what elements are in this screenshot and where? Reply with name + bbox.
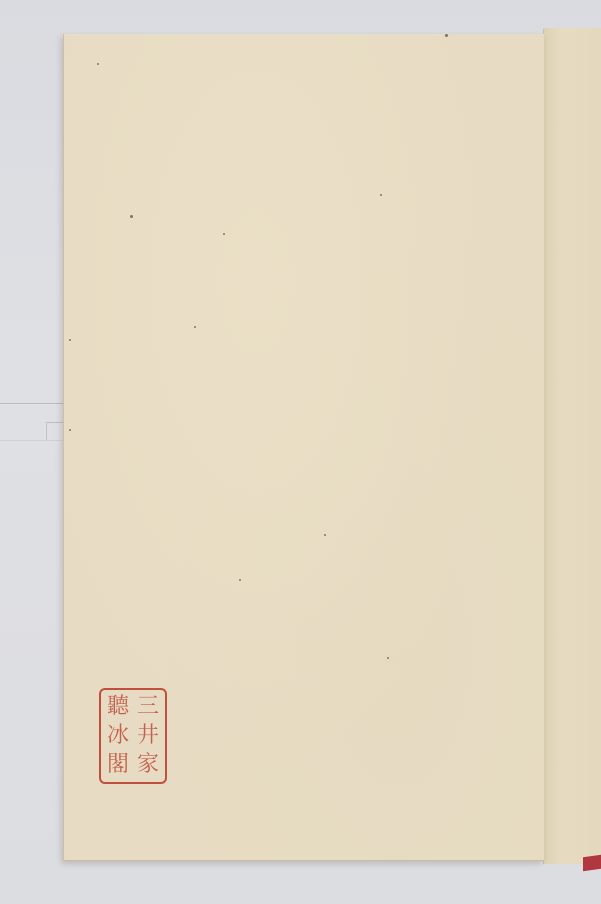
- speck: [223, 233, 225, 235]
- speck: [239, 579, 241, 581]
- seal-char: 三: [133, 693, 163, 722]
- speck: [324, 534, 326, 536]
- seal-char: 井: [133, 722, 163, 751]
- speck: [130, 215, 133, 218]
- speck: [380, 194, 382, 196]
- speck: [445, 34, 448, 37]
- red-cover-edge: [583, 855, 601, 872]
- speck: [69, 339, 71, 341]
- seal-char: 家: [133, 750, 163, 779]
- backdrop-paper-edges: [0, 400, 64, 450]
- speck: [194, 326, 196, 328]
- speck: [97, 63, 99, 65]
- speck: [69, 429, 71, 431]
- facing-page-edge: [543, 28, 601, 864]
- seal-char: 冰: [103, 722, 133, 751]
- speck: [387, 657, 389, 659]
- seal-char: 聽: [103, 693, 133, 722]
- red-seal-stamp: 三 井 家 聽 冰 閣: [99, 688, 167, 784]
- seal-char: 閣: [103, 750, 133, 779]
